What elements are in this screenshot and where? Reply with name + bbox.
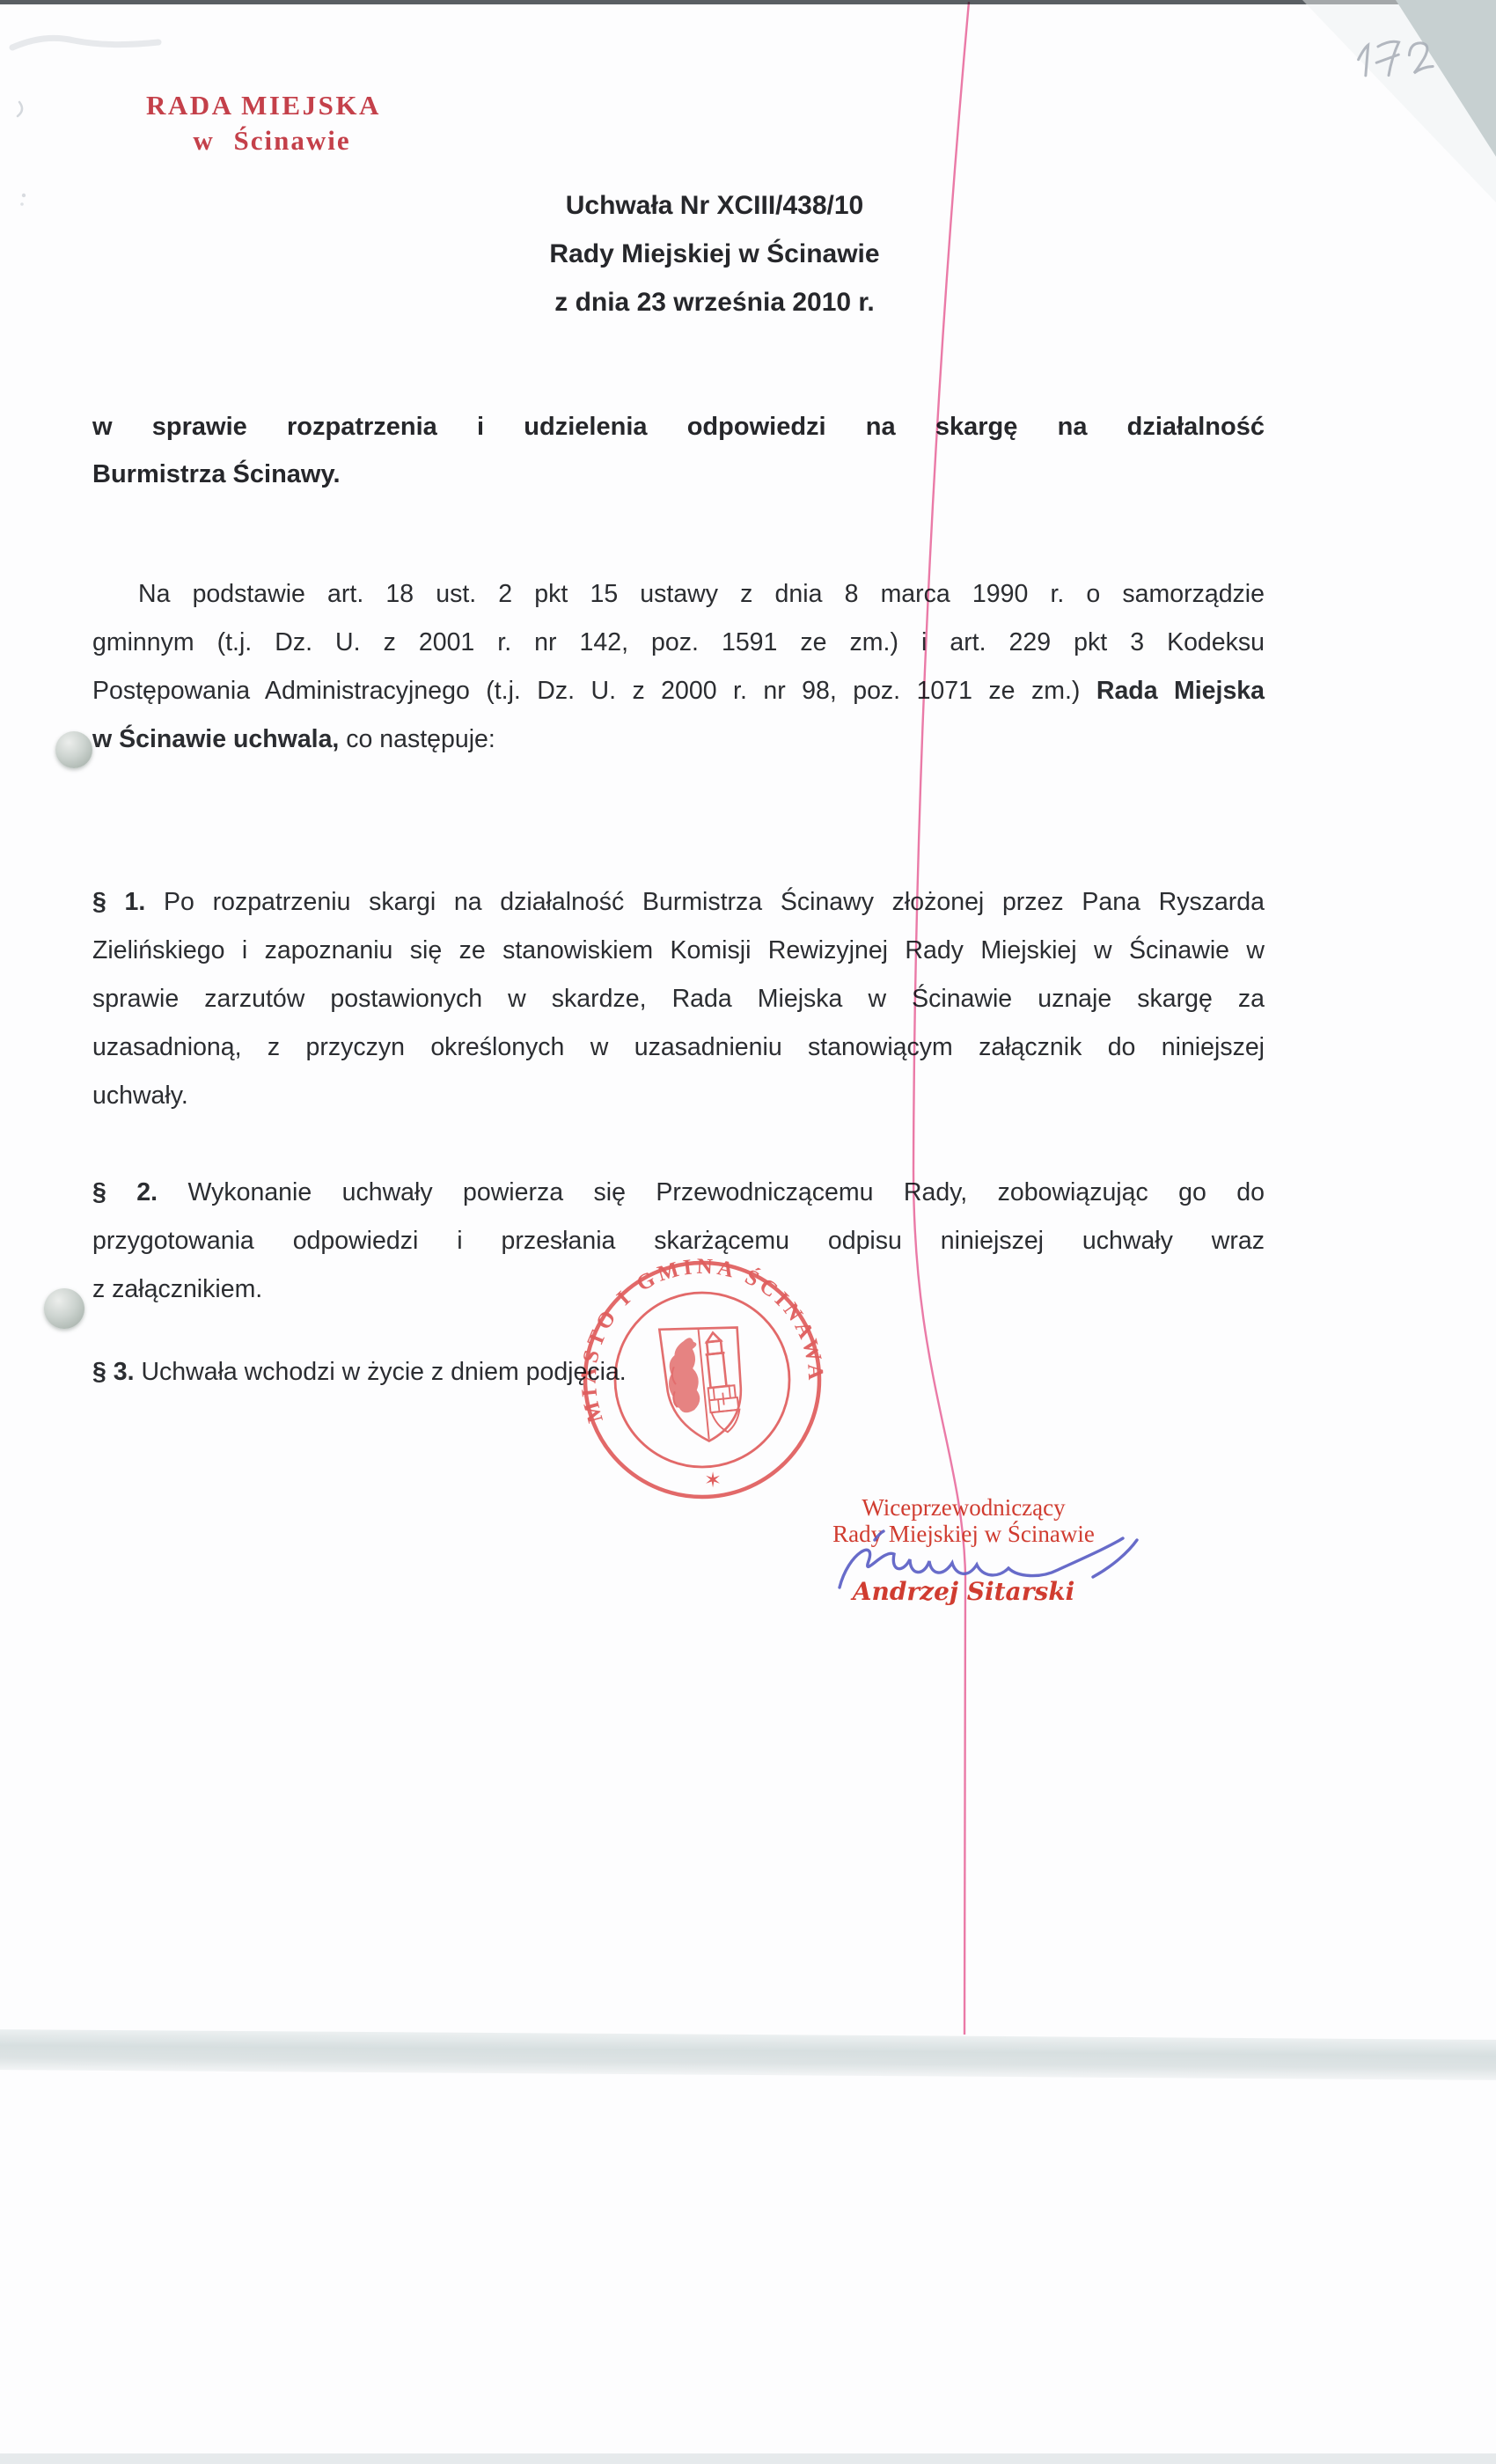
seal-star: ✶ xyxy=(704,1469,722,1492)
handwritten-signature xyxy=(818,1514,1170,1610)
fold-crease-line xyxy=(0,0,1496,2464)
scanned-document-page: RADA MIEJSKA w Ścinawie Uchwała Nr XCIII… xyxy=(0,0,1496,2464)
seal-coat-of-arms xyxy=(659,1322,748,1445)
municipal-round-seal: MIASTO I GMINA ŚCINAWA ✶ xyxy=(579,1251,827,1515)
